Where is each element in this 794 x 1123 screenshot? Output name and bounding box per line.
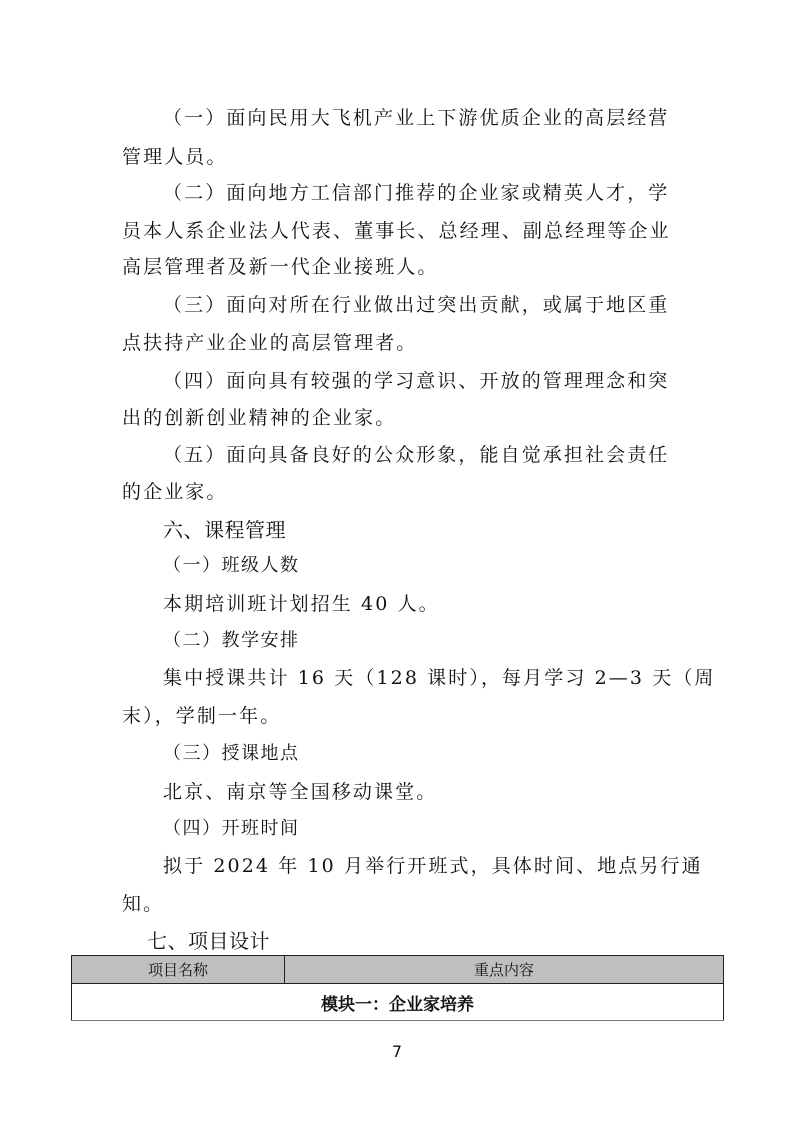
- project-design-table: 项目名称 重点内容 模块一：企业家培养: [71, 955, 724, 1021]
- column-header-key-content: 重点内容: [285, 956, 724, 984]
- paragraph-line: （三）面向对所在行业做出过突出贡献，或属于地区重: [163, 293, 723, 317]
- paragraph-line: （四）面向具有较强的学习意识、开放的管理理念和突: [163, 369, 723, 393]
- paragraph-line: 出的创新创业精神的企业家。: [122, 406, 682, 430]
- paragraph-line: 拟于 2024 年 10 月举行开班式，具体时间、地点另行通: [163, 854, 723, 878]
- paragraph-line: （二）面向地方工信部门推荐的企业家或精英人才，学: [163, 181, 723, 205]
- module-row-title: 模块一：企业家培养: [72, 984, 724, 1021]
- paragraph-line: 管理人员。: [122, 145, 682, 169]
- paragraph-line: 知。: [122, 892, 682, 916]
- subheading-location: （三）授课地点: [163, 742, 300, 766]
- paragraph-line: 北京、南京等全国移动课堂。: [163, 780, 723, 804]
- paragraph-line: （五）面向具备良好的公众形象，能自觉承担社会责任: [163, 443, 723, 467]
- subheading-teaching-arrangement: （二）教学安排: [163, 629, 300, 653]
- document-page: （一）面向民用大飞机产业上下游优质企业的高层经营 管理人员。 （二）面向地方工信…: [0, 0, 794, 1123]
- paragraph-line: 高层管理者及新一代企业接班人。: [122, 255, 682, 279]
- paragraph-line: 本期培训班计划招生 40 人。: [163, 592, 723, 616]
- section-heading-project-design: 七、项目设计: [147, 929, 270, 953]
- paragraph-line: 末），学制一年。: [122, 704, 682, 728]
- paragraph-line: 的企业家。: [122, 480, 682, 504]
- subheading-class-size: （一）班级人数: [163, 554, 300, 578]
- paragraph-line: 点扶持产业企业的高层管理者。: [122, 331, 682, 355]
- table-header-row: 项目名称 重点内容: [72, 956, 724, 984]
- table-row: 模块一：企业家培养: [72, 984, 724, 1021]
- page-number: 7: [0, 1042, 794, 1061]
- section-heading-course-management: 六、课程管理: [163, 518, 286, 542]
- paragraph-line: 员本人系企业法人代表、董事长、总经理、副总经理等企业: [122, 219, 682, 243]
- column-header-project-name: 项目名称: [72, 956, 285, 984]
- subheading-start-time: （四）开班时间: [163, 817, 300, 841]
- paragraph-line: （一）面向民用大飞机产业上下游优质企业的高层经营: [163, 106, 723, 130]
- paragraph-line: 集中授课共计 16 天（128 课时），每月学习 2—3 天（周: [163, 666, 723, 690]
